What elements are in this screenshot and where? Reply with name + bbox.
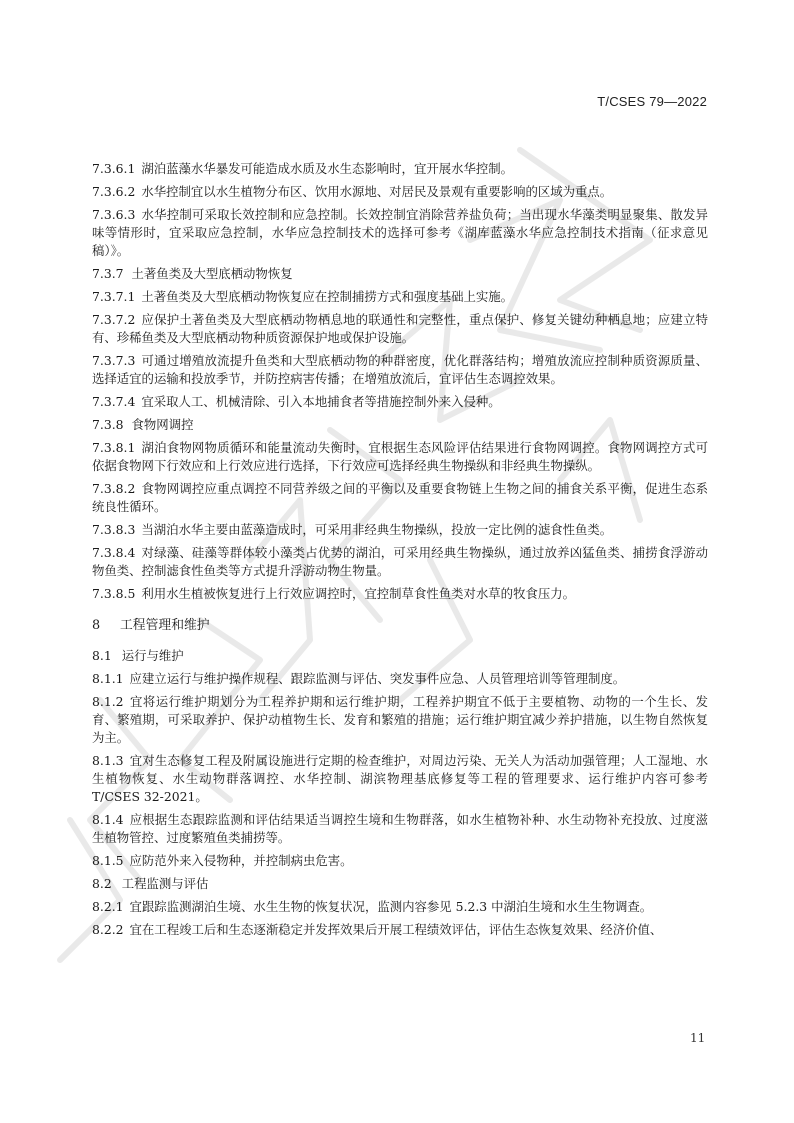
clause-number: 7.3.8.4 — [92, 545, 135, 560]
clause-text: 宜采取人工、机械清除、引入本地捕食者等措施控制外来入侵种。 — [141, 394, 500, 409]
clause-number: 7.3.7.3 — [92, 353, 135, 368]
clause-number: 7.3.8.5 — [92, 586, 135, 601]
section-heading-h2: 8.2工程监测与评估 — [92, 875, 708, 893]
page-number: 11 — [690, 1031, 705, 1045]
section-heading-h2: 8.1运行与维护 — [92, 647, 708, 665]
section-heading-h3: 7.3.7土著鱼类及大型底栖动物恢复 — [92, 265, 708, 283]
clause-text: 应防范外来入侵物种，并控制病虫危害。 — [130, 853, 353, 868]
section-title: 食物网调控 — [132, 417, 194, 432]
clause-text: 应建立运行与维护操作规程、跟踪监测与评估、突发事件应急、人员管理培训等管理制度。 — [130, 671, 626, 686]
clause-number: 8.2.2 — [92, 922, 124, 937]
clause-number: 7.3.8.2 — [92, 481, 135, 496]
clause-text: 土著鱼类及大型底栖动物恢复应在控制捕捞方式和强度基础上实施。 — [141, 289, 513, 304]
clause-number: 7.3.7 — [92, 266, 124, 281]
clause-paragraph: 7.3.8.1湖泊食物网物质循环和能量流动失衡时，宜根据生态风险评估结果进行食物… — [92, 439, 708, 475]
document-code: T/CSES 79—2022 — [597, 94, 707, 109]
clause-number: 8.1 — [92, 648, 112, 663]
clause-text: 宜对生态修复工程及附属设施进行定期的检查维护，对周边污染、无关人为活动加强管理；… — [92, 753, 708, 804]
clause-number: 7.3.8.3 — [92, 522, 135, 537]
clause-number: 8.1.5 — [92, 853, 124, 868]
clause-number: 7.3.6.3 — [92, 207, 135, 222]
clause-number: 8.2 — [92, 876, 112, 891]
clause-text: 湖泊蓝藻水华暴发可能造成水质及水生态影响时，宜开展水华控制。 — [141, 161, 513, 176]
clause-paragraph: 7.3.6.1湖泊蓝藻水华暴发可能造成水质及水生态影响时，宜开展水华控制。 — [92, 160, 708, 178]
clause-text: 宜跟踪监测湖泊生境、水生生物的恢复状况，监测内容参见 5.2.3 中湖泊生境和水… — [130, 899, 653, 914]
clause-number: 7.3.8.1 — [92, 440, 135, 455]
clause-number: 7.3.7.4 — [92, 394, 135, 409]
clause-paragraph: 8.1.1应建立运行与维护操作规程、跟踪监测与评估、突发事件应急、人员管理培训等… — [92, 670, 708, 688]
clause-text: 水华控制宜以水生植物分布区、饮用水源地、对居民及景观有重要影响的区域为重点。 — [141, 184, 612, 199]
clause-number: 7.3.6.2 — [92, 184, 135, 199]
clause-paragraph: 7.3.7.4宜采取人工、机械清除、引入本地捕食者等措施控制外来入侵种。 — [92, 393, 708, 411]
clause-paragraph: 7.3.7.3可通过增殖放流提升鱼类和大型底栖动物的种群密度，优化群落结构；增殖… — [92, 352, 708, 388]
clause-number: 7.3.7.2 — [92, 312, 135, 327]
clause-paragraph: 8.1.2宜将运行维护期划分为工程养护期和运行维护期，工程养护期宜不低于主要植物… — [92, 693, 708, 747]
clause-number: 8.1.3 — [92, 753, 124, 768]
clause-text: 湖泊食物网物质循环和能量流动失衡时，宜根据生态风险评估结果进行食物网调控。食物网… — [92, 440, 708, 473]
section-heading-h3: 7.3.8食物网调控 — [92, 416, 708, 434]
section-title: 土著鱼类及大型底栖动物恢复 — [132, 266, 293, 281]
clause-number: 7.3.7.1 — [92, 289, 135, 304]
clause-number: 8.1.2 — [92, 694, 124, 709]
clause-text: 水华控制可采取长效控制和应急控制。长效控制宜消除营养盐负荷；当出现水华藻类明显聚… — [92, 207, 708, 258]
clause-number: 8.1.1 — [92, 671, 124, 686]
clause-paragraph: 7.3.8.3当湖泊水华主要由蓝藻造成时，可采用非经典生物操纵，投放一定比例的滤… — [92, 521, 708, 539]
clause-text: 应保护土著鱼类及大型底栖动物栖息地的联通性和完整性，重点保护、修复关键幼种栖息地… — [92, 312, 708, 345]
clause-paragraph: 8.1.5应防范外来入侵物种，并控制病虫危害。 — [92, 852, 708, 870]
clause-paragraph: 7.3.7.1土著鱼类及大型底栖动物恢复应在控制捕捞方式和强度基础上实施。 — [92, 288, 708, 306]
clause-text: 食物网调控应重点调控不同营养级之间的平衡以及重要食物链上生物之间的捕食关系平衡，… — [92, 481, 708, 514]
clause-paragraph: 7.3.8.5利用水生植被恢复进行上行效应调控时，宜控制草食性鱼类对水草的牧食压… — [92, 585, 708, 603]
clause-text: 利用水生植被恢复进行上行效应调控时，宜控制草食性鱼类对水草的牧食压力。 — [141, 586, 575, 601]
clause-text: 宜在工程竣工后和生态逐渐稳定并发挥效果后开展工程绩效评估，评估生态恢复效果、经济… — [130, 922, 663, 937]
clause-paragraph: 7.3.8.4对绿藻、硅藻等群体较小藻类占优势的湖泊，可采用经典生物操纵，通过放… — [92, 544, 708, 580]
clause-paragraph: 7.3.7.2应保护土著鱼类及大型底栖动物栖息地的联通性和完整性，重点保护、修复… — [92, 311, 708, 347]
clause-paragraph: 8.1.4应根据生态跟踪监测和评估结果适当调控生境和生物群落，如水生植物补种、水… — [92, 811, 708, 847]
clause-number: 7.3.8 — [92, 417, 124, 432]
clause-paragraph: 8.2.1宜跟踪监测湖泊生境、水生生物的恢复状况，监测内容参见 5.2.3 中湖… — [92, 898, 708, 916]
document-body: 7.3.6.1湖泊蓝藻水华暴发可能造成水质及水生态影响时，宜开展水华控制。7.3… — [92, 160, 708, 944]
clause-number: 7.3.6.1 — [92, 161, 135, 176]
clause-text: 可通过增殖放流提升鱼类和大型底栖动物的种群密度，优化群落结构；增殖放流应控制种质… — [92, 353, 708, 386]
clause-text: 应根据生态跟踪监测和评估结果适当调控生境和生物群落，如水生植物补种、水生动物补充… — [92, 812, 708, 845]
clause-text: 对绿藻、硅藻等群体较小藻类占优势的湖泊，可采用经典生物操纵，通过放养凶猛鱼类、捕… — [92, 545, 708, 578]
section-title: 工程管理和维护 — [120, 618, 210, 633]
clause-paragraph: 8.2.2宜在工程竣工后和生态逐渐稳定并发挥效果后开展工程绩效评估，评估生态恢复… — [92, 921, 708, 939]
clause-paragraph: 7.3.6.2水华控制宜以水生植物分布区、饮用水源地、对居民及景观有重要影响的区… — [92, 183, 708, 201]
clause-number: 8.1.4 — [92, 812, 124, 827]
clause-text: 当湖泊水华主要由蓝藻造成时，可采用非经典生物操纵，投放一定比例的滤食性鱼类。 — [141, 522, 612, 537]
section-title: 工程监测与评估 — [122, 876, 209, 891]
clause-paragraph: 7.3.8.2食物网调控应重点调控不同营养级之间的平衡以及重要食物链上生物之间的… — [92, 480, 708, 516]
clause-number: 8.2.1 — [92, 899, 124, 914]
section-heading-h1: 8工程管理和维护 — [92, 617, 708, 635]
clause-paragraph: 7.3.6.3水华控制可采取长效控制和应急控制。长效控制宜消除营养盐负荷；当出现… — [92, 206, 708, 260]
clause-text: 宜将运行维护期划分为工程养护期和运行维护期，工程养护期宜不低于主要植物、动物的一… — [92, 694, 708, 745]
clause-paragraph: 8.1.3宜对生态修复工程及附属设施进行定期的检查维护，对周边污染、无关人为活动… — [92, 752, 708, 806]
section-title: 运行与维护 — [122, 648, 184, 663]
clause-number: 8 — [92, 617, 120, 635]
